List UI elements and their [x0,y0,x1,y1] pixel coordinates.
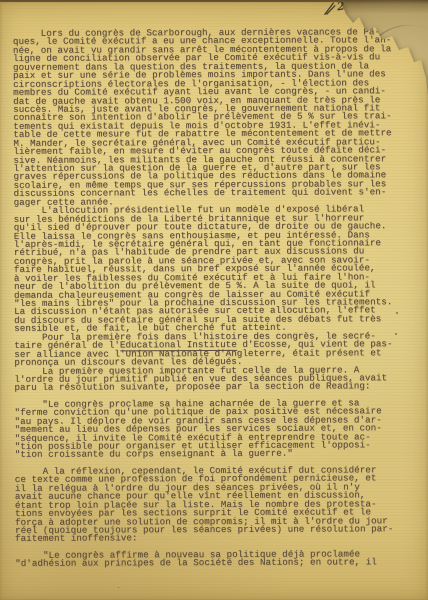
paper-wrapper: Lors du congrès de Scarborough, aux dern… [0,0,428,600]
paragraph-p2: L'allocution présidentielle fut un modèl… [14,205,415,333]
paragraph-quote1: "Le congrès proclame sa haine acharnée d… [14,399,414,460]
text-line: "tion croissante du corps enseignant à l… [15,450,415,460]
document-page: Lors du congrès de Scarborough, aux dern… [0,2,428,600]
paragraph-p1: Lors du congrès de Scarborough, aux dern… [13,28,414,207]
paper-speck [118,587,119,588]
page-number: 2 [336,0,345,13]
text-line: paru la résolution suivante, proposée pa… [14,383,414,393]
text-line: faitement inoffensive: [15,534,415,544]
paragraph-p3: Pour la première fois dans l'histoire de… [14,332,414,367]
paragraph-p5: A la réflexion, cependant, le Comité exé… [15,466,415,544]
paper-speck [396,312,398,314]
paragraph-quote2: "Le congrès affirme à nouveau sa politiq… [15,550,415,569]
paper-speck [395,333,397,335]
paragraph-p4: La première question importante fut cell… [14,366,414,393]
text-line: "d'adhésion aux principes de la Société … [15,558,415,568]
typewritten-text: Lors du congrès de Scarborough, aux dern… [13,28,415,568]
slash-mark-icon [322,2,337,16]
